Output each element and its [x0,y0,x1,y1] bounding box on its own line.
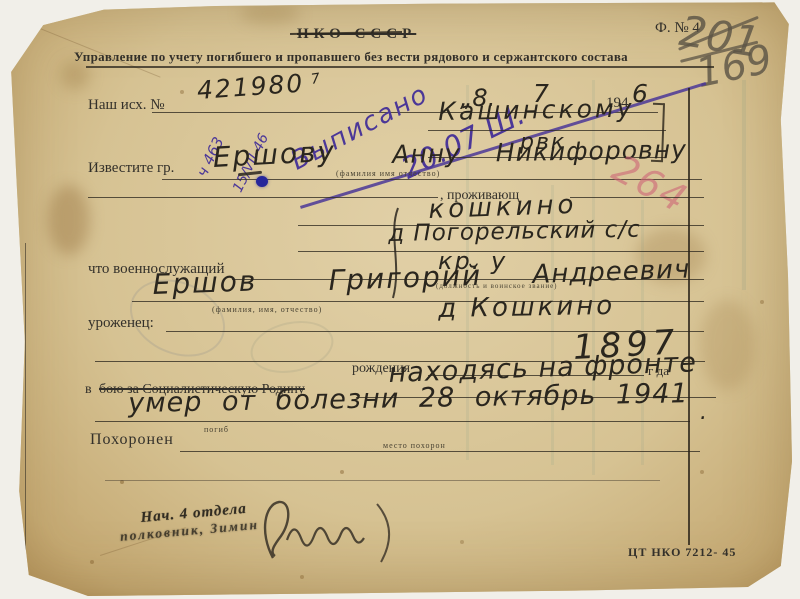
footer-print-code: ЦТ НКО 7212- 45 [628,545,736,560]
soldier-patronymic-handwritten: Андреевич [532,254,691,289]
birthplace-handwritten: д Кошкино [438,291,615,324]
stain [700,300,755,390]
native-label: уроженец: [88,315,154,332]
ghost-stamp [246,314,339,380]
battle-prefix: в [85,382,92,398]
bleedthrough-number: 8865 [0,187,1,232]
stain [240,2,300,24]
residence2-handwritten: д Погорельский с/с [388,217,641,247]
fate-line2 [95,421,690,422]
document-title: Управление по учету погибшего и пропавше… [74,49,628,65]
bleedthrough-column [742,80,746,290]
soldier-name-line [132,301,704,302]
signature [245,492,415,577]
residence-line0 [88,197,438,198]
ink-blot [256,176,268,187]
scanned-document: 8865 НКО СССР Ф. № 4 201 169 Управление … [0,0,800,599]
addressee-handwritten: Кашинскому [438,94,635,126]
stain [48,185,90,255]
trailing-period: . [700,400,707,425]
title-underline [86,66,714,68]
residence-line0b [570,197,704,198]
paper-sheet: 8865 НКО СССР Ф. № 4 201 169 Управление … [0,0,800,599]
notify-label: Известите гр. [88,160,174,177]
burial-line [180,451,700,452]
form-border-left [25,243,26,558]
official-stamp-text: Нач. 4 отдела полковник, Зимин [118,500,260,545]
notify-name-handwritten: Ершову [212,135,337,174]
soldier-lastname-handwritten: Ершов [152,264,258,301]
perished-hint: погиб [204,425,229,434]
soldier-firstname-handwritten: Григорий [328,259,483,297]
ref-number-superscript: 7 [310,71,321,88]
buried-label: Похоронен [90,431,174,449]
blank-line-bottom [105,480,660,481]
name-hint: (фамилия имя отчество) [336,169,440,178]
burial-hint: место похорон [383,441,446,450]
form-border-right [688,88,690,545]
fio-hint: (фамилия, имя, отчество) [212,305,322,314]
ref-number-handwritten: 421980 [196,69,305,105]
